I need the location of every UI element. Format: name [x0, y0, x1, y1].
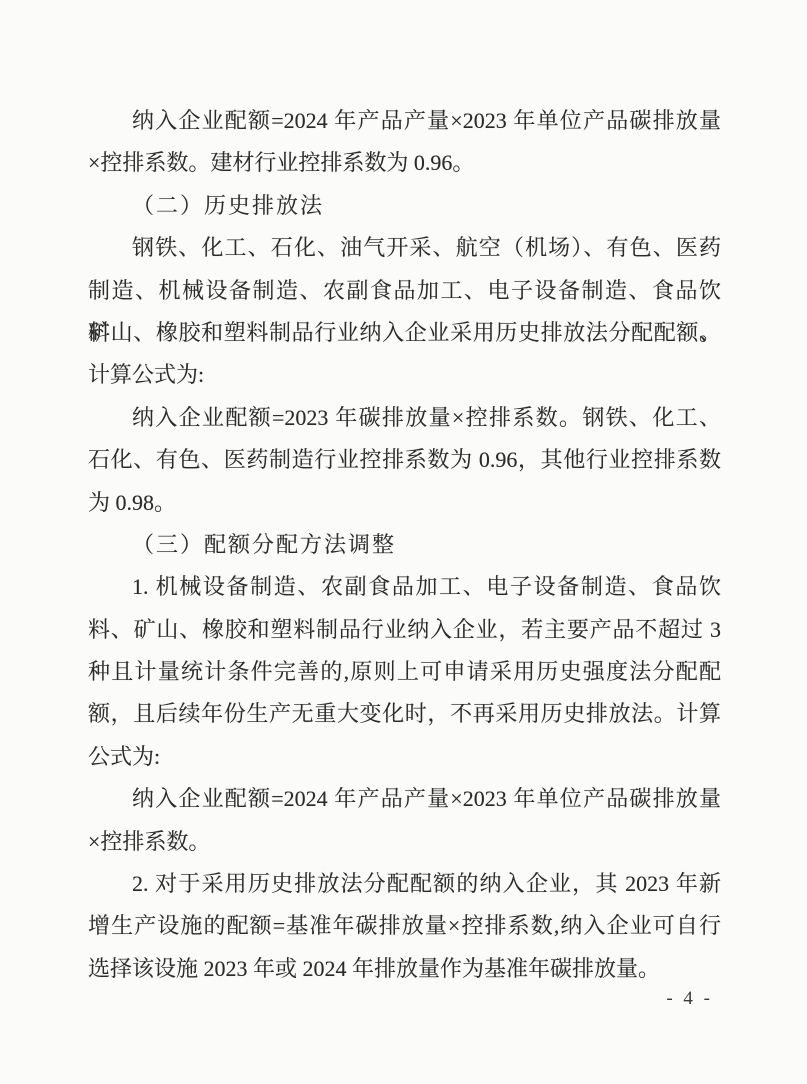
formula-continuation: ×控排系数。建材行业控排系数为 0.96。 [88, 142, 721, 184]
formula-line: 纳入企业配额=2023 年碳排放量×控排系数。钢铁、化工、 [88, 397, 721, 439]
paragraph-line: 为 0.98。 [88, 482, 721, 524]
list-item-1-line: 额，且后续年份生产无重大变化时，不再采用历史排放法。计算 [88, 693, 721, 735]
list-item-1-line: 种且计量统计条件完善的,原则上可申请采用历史强度法分配配 [88, 651, 721, 693]
list-item-2-line: 2. 对于采用历史排放法分配配额的纳入企业，其 2023 年新 [88, 863, 721, 905]
paragraph-line: 钢铁、化工、石化、油气开采、航空（机场）、有色、医药 [88, 227, 721, 269]
list-item-1-line: 1. 机械设备制造、农副食品加工、电子设备制造、食品饮 [88, 566, 721, 608]
section-heading-3: （三）配额分配方法调整 [88, 524, 721, 566]
formula-line: 纳入企业配额=2024 年产品产量×2023 年单位产品碳排放量 [88, 778, 721, 820]
list-item-1-line: 公式为: [88, 736, 721, 778]
formula-line: 纳入企业配额=2024 年产品产量×2023 年单位产品碳排放量 [88, 100, 721, 142]
formula-continuation: ×控排系数。 [88, 821, 721, 863]
paragraph-line: 制造、机械设备制造、农副食品加工、电子设备制造、食品饮料、 [88, 270, 721, 312]
list-item-2-line: 选择该设施 2023 年或 2024 年排放量作为基准年碳排放量。 [88, 948, 721, 990]
list-item-1-line: 料、矿山、橡胶和塑料制品行业纳入企业，若主要产品不超过 3 [88, 609, 721, 651]
paragraph-line: 石化、有色、医药制造行业控排系数为 0.96，其他行业控排系数 [88, 439, 721, 481]
list-item-2-line: 增生产设施的配额=基准年碳排放量×控排系数,纳入企业可自行 [88, 905, 721, 947]
paragraph-line: 矿山、橡胶和塑料制品行业纳入企业采用历史排放法分配配额。 [88, 312, 721, 354]
paragraph-line: 计算公式为: [88, 354, 721, 396]
document-body: 纳入企业配额=2024 年产品产量×2023 年单位产品碳排放量 ×控排系数。建… [88, 100, 721, 990]
page-number: - 4 - [88, 988, 713, 1010]
section-heading-2: （二）历史排放法 [88, 185, 721, 227]
document-page: 纳入企业配额=2024 年产品产量×2023 年单位产品碳排放量 ×控排系数。建… [0, 0, 807, 1084]
